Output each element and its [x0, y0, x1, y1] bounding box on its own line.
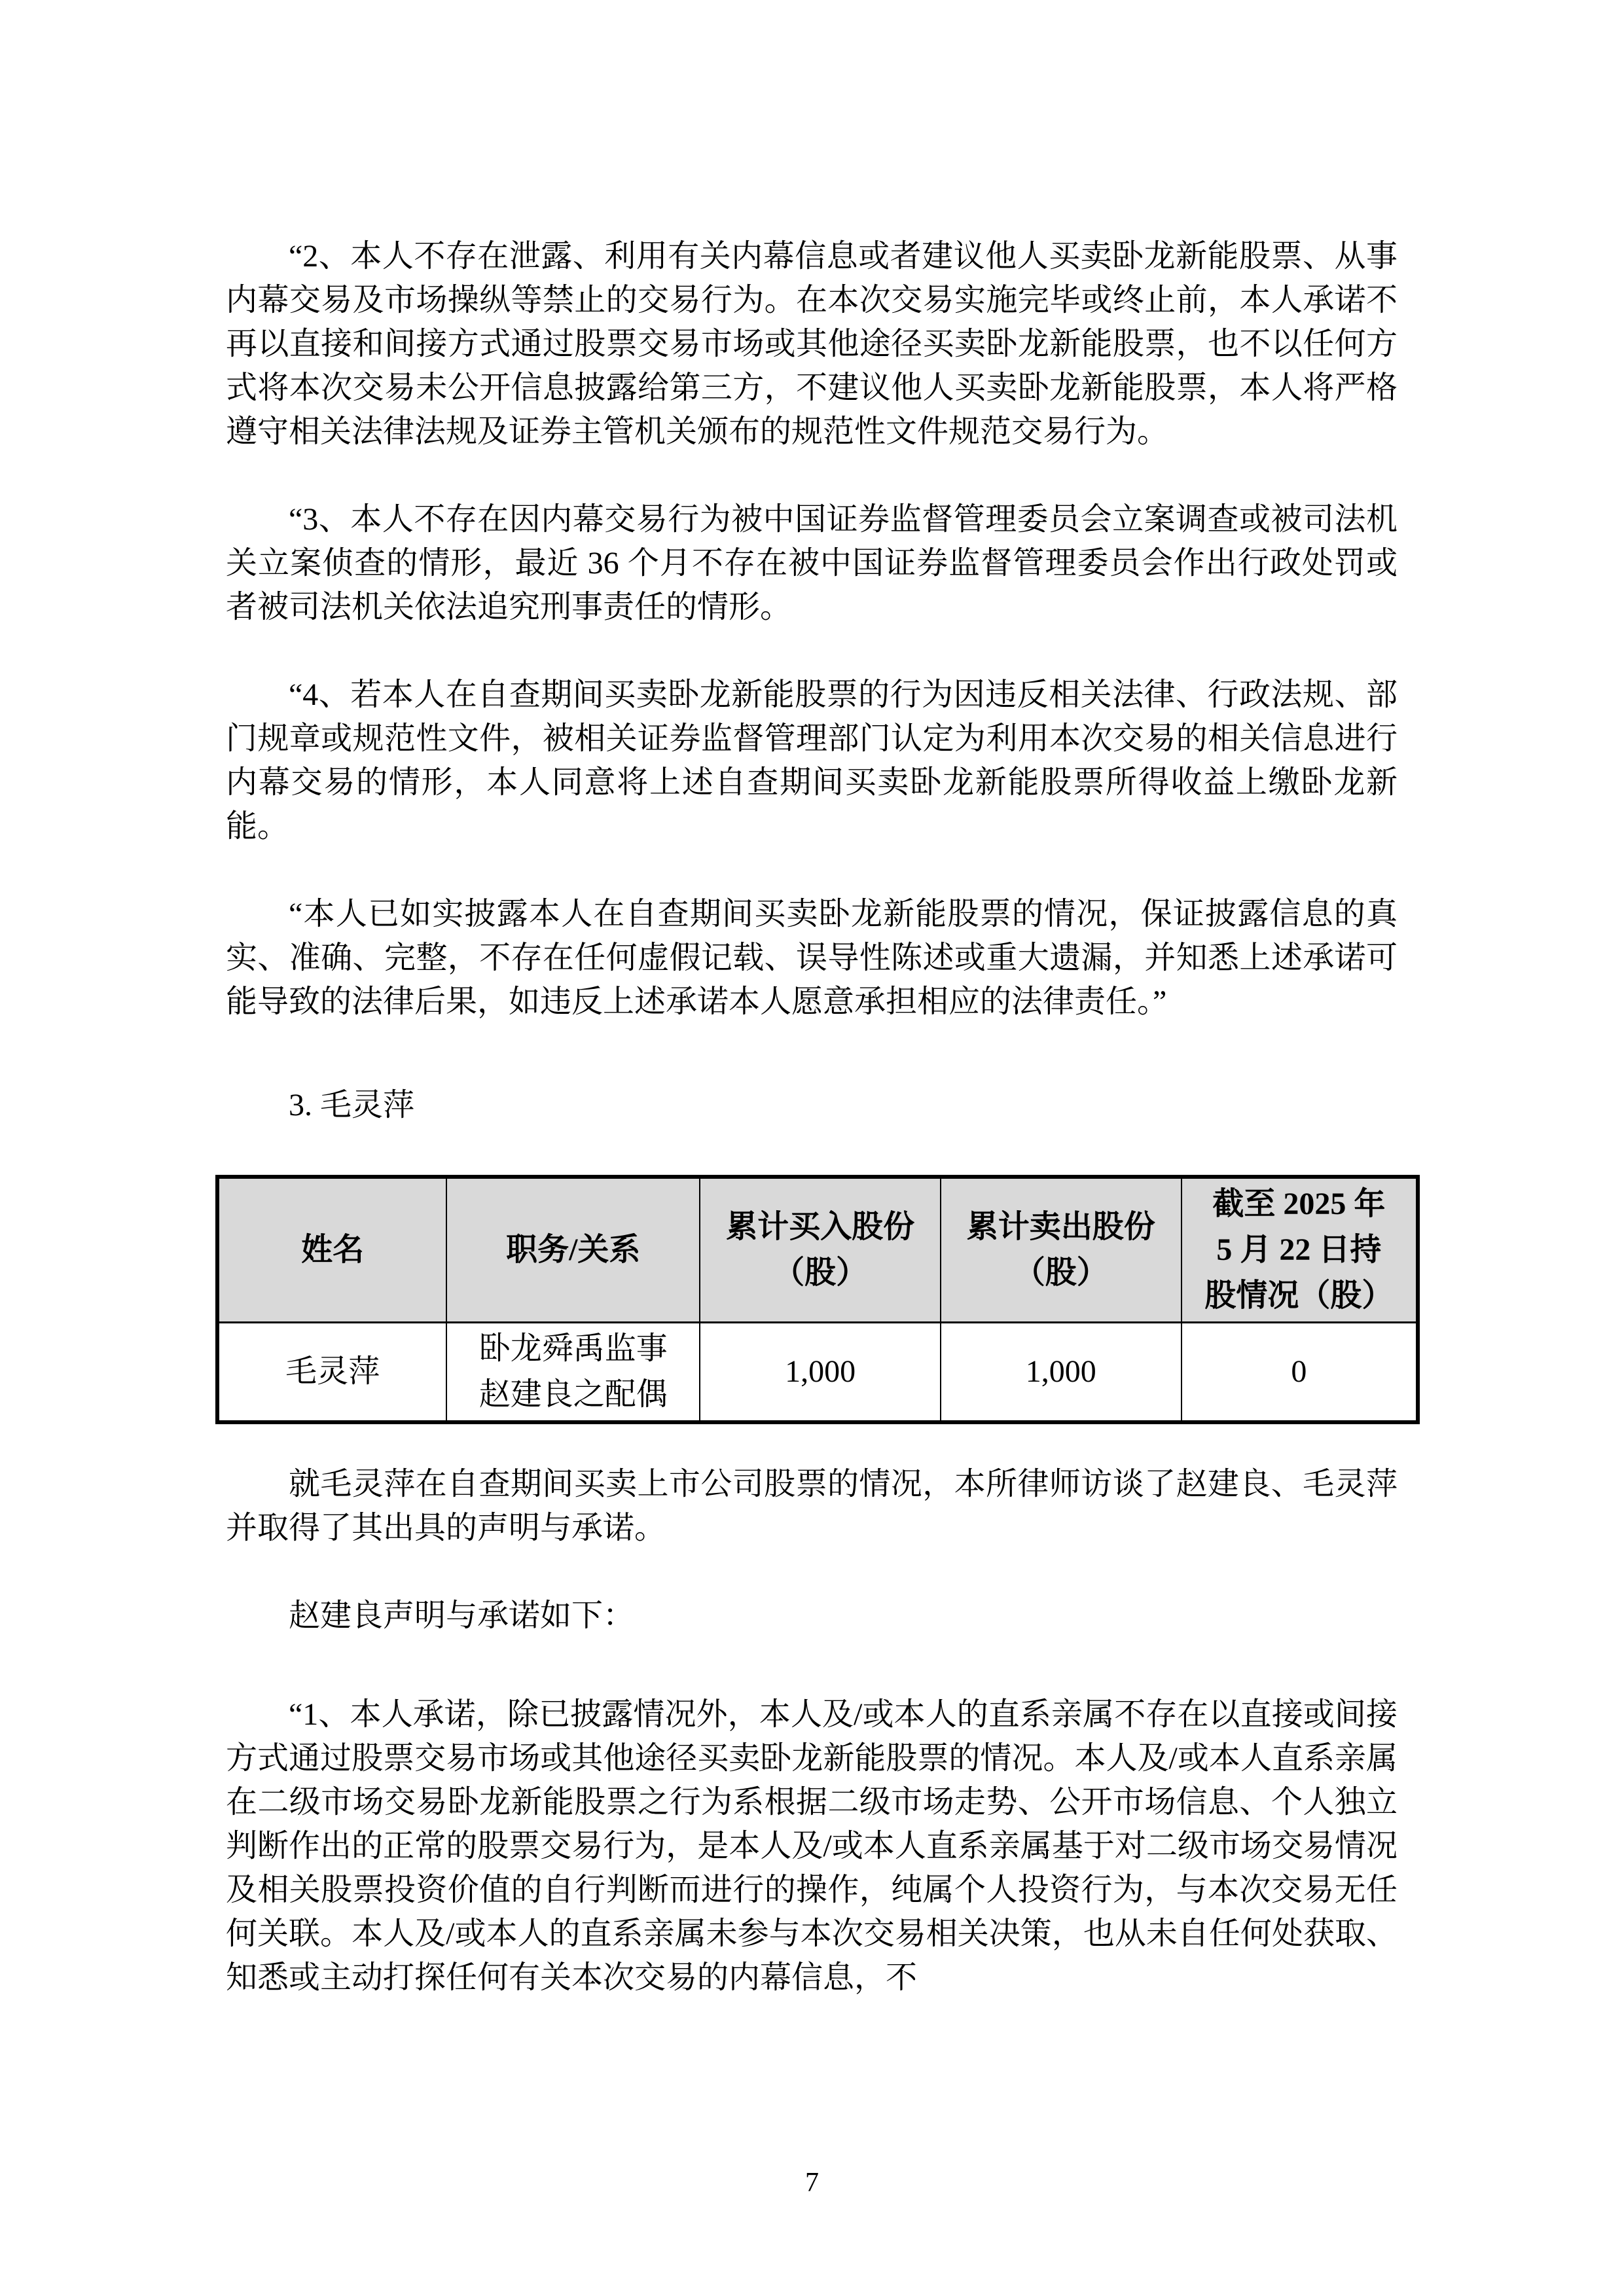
section-heading: 3. 毛灵萍 — [226, 1067, 1398, 1127]
paragraph-statement-intro: 赵建良声明与承诺如下： — [226, 1594, 1398, 1638]
table-cell-shares-bought: 1,000 — [700, 1323, 941, 1423]
table-header-name: 姓名 — [217, 1177, 446, 1323]
paragraph-commitment-1: “1、本人承诺，除已披露情况外，本人及/或本人的直系亲属不存在以直接或间接方式通… — [226, 1681, 1398, 2000]
document-page: “2、本人不存在泄露、利用有关内幕信息或者建议他人买卖卧龙新能股票、从事内幕交易… — [0, 0, 1624, 2296]
paragraph-disclosure-statement: “本人已如实披露本人在自查期间买卖卧龙新能股票的情况，保证披露信息的真实、准确、… — [226, 892, 1398, 1024]
table-row: 毛灵萍 卧龙舜禹监事 赵建良之配偶 1,000 1,000 0 — [217, 1323, 1418, 1423]
table-header-position-relation: 职务/关系 — [446, 1177, 700, 1323]
paragraph-commitment-4: “4、若本人在自查期间买卖卧龙新能股票的行为因违反相关法律、行政法规、部门规章或… — [226, 673, 1398, 848]
table-header-shares-sold: 累计卖出股份 （股） — [941, 1177, 1182, 1323]
table-cell-shares-held: 0 — [1182, 1323, 1418, 1423]
table-header-row: 姓名 职务/关系 累计买入股份 （股） 累计卖出股份 （股） 截至 2025 年… — [217, 1177, 1418, 1323]
paragraph-commitment-2: “2、本人不存在泄露、利用有关内幕信息或者建议他人买卖卧龙新能股票、从事内幕交易… — [226, 234, 1398, 454]
page-content: “2、本人不存在泄露、利用有关内幕信息或者建议他人买卖卧龙新能股票、从事内幕交易… — [226, 234, 1398, 2000]
table-cell-shares-sold: 1,000 — [941, 1323, 1182, 1423]
table-header-shares-held: 截至 2025 年 5 月 22 日持 股情况（股） — [1182, 1177, 1418, 1323]
table-header-shares-bought: 累计买入股份 （股） — [700, 1177, 941, 1323]
table-cell-position-relation: 卧龙舜禹监事 赵建良之配偶 — [446, 1323, 700, 1423]
shareholding-table: 姓名 职务/关系 累计买入股份 （股） 累计卖出股份 （股） 截至 2025 年… — [215, 1175, 1420, 1424]
paragraph-lawyer-interview: 就毛灵萍在自查期间买卖上市公司股票的情况，本所律师访谈了赵建良、毛灵萍并取得了其… — [226, 1462, 1398, 1550]
page-number: 7 — [0, 2161, 1624, 2205]
paragraph-commitment-3: “3、本人不存在因内幕交易行为被中国证券监督管理委员会立案调查或被司法机关立案侦… — [226, 497, 1398, 629]
table-cell-name: 毛灵萍 — [217, 1323, 446, 1423]
